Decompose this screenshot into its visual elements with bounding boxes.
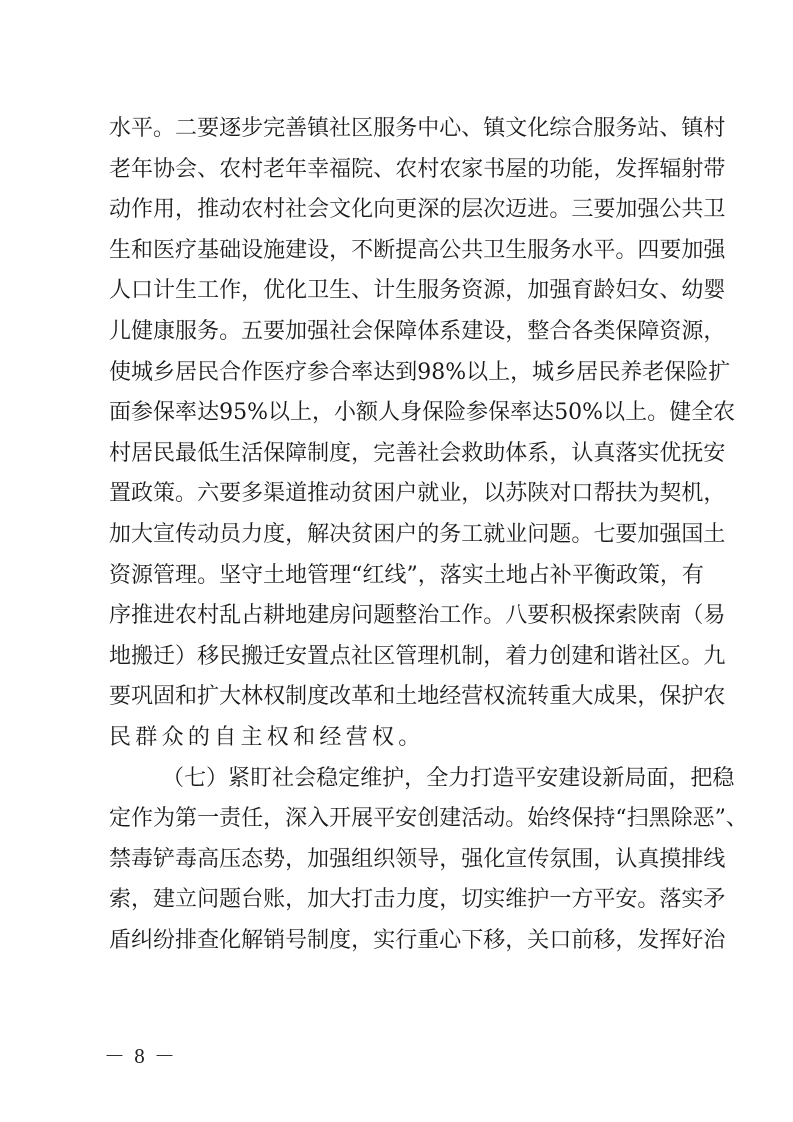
text-line: 动作用，推动农村社会文化向更深的层次迈进。三要加强公共卫 [109,190,693,231]
text-line: 生和医疗基础设施建设，不断提高公共卫生服务水平。四要加强 [109,231,693,272]
body-text: 水平。二要逐步完善镇社区服务中心、镇文化综合服务站、镇村 老年协会、农村老年幸福… [109,109,693,961]
text-line: 序推进农村乱占耕地建房问题整治工作。八要积极探索陕南（易 [109,596,693,637]
text-line: 定作为第一责任，深入开展平安创建活动。始终保持“扫黑除恶”、 [109,799,693,840]
text-line: 老年协会、农村老年幸福院、农村农家书屋的功能，发挥辐射带 [109,150,693,191]
text-line: 村居民最低生活保障制度，完善社会救助体系，认真落实优抚安 [109,434,693,475]
text-line: 索，建立问题台账，加大打击力度，切实维护一方平安。落实矛 [109,880,693,921]
document-page: 水平。二要逐步完善镇社区服务中心、镇文化综合服务站、镇村 老年协会、农村老年幸福… [0,0,793,1122]
text-line: 使城乡居民合作医疗参合率达到98%以上，城乡居民养老保险扩 [109,353,693,394]
text-line: 加大宣传动员力度，解决贫困户的务工就业问题。七要加强国土 [109,515,693,556]
text-line: 儿健康服务。五要加强社会保障体系建设，整合各类保障资源， [109,312,693,353]
text-line: 要巩固和扩大林权制度改革和土地经营权流转重大成果，保护农 [109,677,693,718]
text-line: 水平。二要逐步完善镇社区服务中心、镇文化综合服务站、镇村 [109,109,693,150]
text-line: 盾纠纷排查化解销号制度，实行重心下移，关口前移，发挥好治 [109,921,693,962]
text-line: 民群众的自主权和经营权。 [109,718,693,759]
text-line: 人口计生工作，优化卫生、计生服务资源，加强育龄妇女、幼婴 [109,271,693,312]
section-heading-line: （七）紧盯社会稳定维护，全力打造平安建设新局面，把稳 [109,759,693,800]
text-line: 置政策。六要多渠道推动贫困户就业，以苏陕对口帮扶为契机， [109,474,693,515]
text-line: 面参保率达95%以上，小额人身保险参保率达50%以上。健全农 [109,393,693,434]
text-line: 资源管理。坚守土地管理“红线”，落实土地占补平衡政策，有 [109,556,693,597]
text-line: 禁毒铲毒高压态势，加强组织领导，强化宣传氛围，认真摸排线 [109,840,693,881]
page-number: － 8 － [104,1040,177,1070]
text-line: 地搬迁）移民搬迁安置点社区管理机制，着力创建和谐社区。九 [109,637,693,678]
